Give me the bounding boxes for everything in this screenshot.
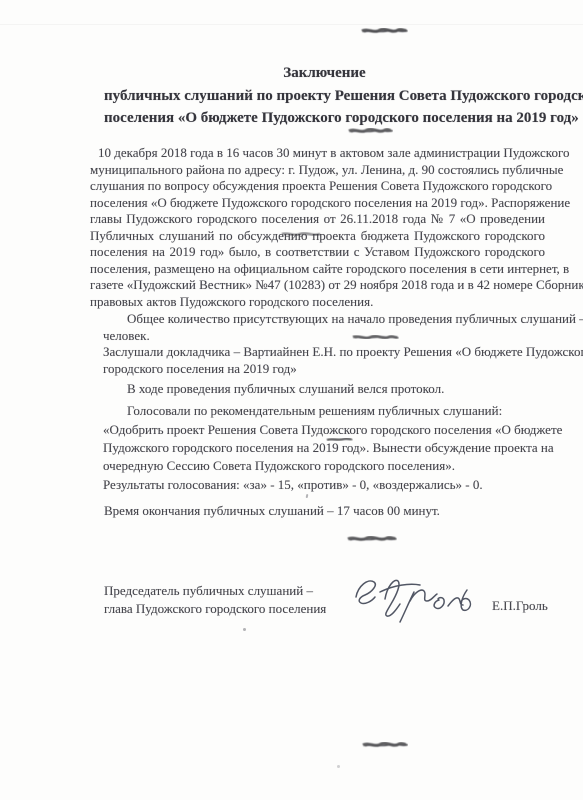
- signatory-name-text: Е.П.Гроль: [492, 598, 548, 613]
- body-line: Общее количество присутствующих на начал…: [127, 311, 548, 328]
- intro-paragraph: 10 декабря 2018 года в 16 часов 30 минут…: [90, 145, 545, 310]
- body-line: муниципального района по адресу: г. Пудо…: [90, 162, 545, 179]
- ink-smudge-artifact: [326, 436, 353, 443]
- body-line: Время окончания публичных слушаний – 17 …: [104, 503, 549, 520]
- scan-speck: [243, 628, 246, 631]
- protocol-paragraph: В ходе проведения публичных слушаний вел…: [103, 381, 548, 398]
- body-line: Заслушали докладчика – Вартиайнен Е.Н. п…: [103, 344, 548, 361]
- results-line: Результаты голосования: «за» - 15, «прот…: [103, 477, 548, 494]
- title-line: поселения «О бюджете Пудожского городско…: [104, 107, 545, 130]
- body-line: 10 декабря 2018 года в 16 часов 30 минут…: [98, 145, 545, 162]
- ink-smudge-artifact: [346, 534, 397, 544]
- attendance-paragraph: Общее количество присутствующих на начал…: [103, 311, 548, 377]
- ink-smudge-artifact: [361, 740, 408, 750]
- title-line: Заключение: [104, 62, 545, 85]
- scanned-document-page: Заключение публичных слушаний по проекту…: [0, 0, 583, 800]
- ink-smudge-artifact: [351, 333, 399, 342]
- end-time-line: Время окончания публичных слушаний – 17 …: [104, 503, 549, 520]
- ink-smudge-artifact: [280, 230, 322, 239]
- voting-heading: Голосовали по рекомендательным решениям …: [103, 403, 548, 420]
- ink-smudge-artifact: [347, 126, 393, 136]
- body-line: главы Пудожского городского поселения от…: [90, 211, 545, 228]
- scan-speck: [337, 765, 340, 768]
- body-line: поселения, размещено на официальном сайт…: [90, 261, 545, 278]
- body-line: Голосовали по рекомендательным решениям …: [127, 403, 548, 420]
- scan-artifact-line: [0, 24, 583, 25]
- body-line: очередную Сессию Совета Пудожского город…: [103, 457, 548, 475]
- resolution-paragraph: «Одобрить проект Решения Совета Пудожско…: [103, 421, 548, 476]
- body-line: В ходе проведения публичных слушаний вел…: [127, 381, 548, 398]
- handwritten-signature: [344, 570, 476, 632]
- signatory-name: Е.П.Гроль: [492, 598, 548, 615]
- body-line: правовых актов Пудожского городского пос…: [90, 294, 545, 311]
- body-line: поселения «О бюджете Пудожского городско…: [90, 195, 545, 212]
- ink-smudge-artifact: [360, 26, 408, 36]
- body-line: поселения на 2019 год» было, в соответст…: [90, 244, 545, 261]
- title-line: публичных слушаний по проекту Решения Со…: [104, 85, 545, 108]
- body-line: газете «Пудожский Вестник» №47 (10283) о…: [90, 277, 545, 294]
- body-line: человек.: [103, 328, 548, 345]
- body-line: городского поселения на 2019 год»: [103, 361, 548, 378]
- scan-speck: [306, 494, 308, 498]
- body-line: слушания по вопросу обсуждения проекта Р…: [90, 178, 545, 195]
- document-title: Заключение публичных слушаний по проекту…: [104, 62, 545, 130]
- body-line: Результаты голосования: «за» - 15, «прот…: [103, 477, 548, 494]
